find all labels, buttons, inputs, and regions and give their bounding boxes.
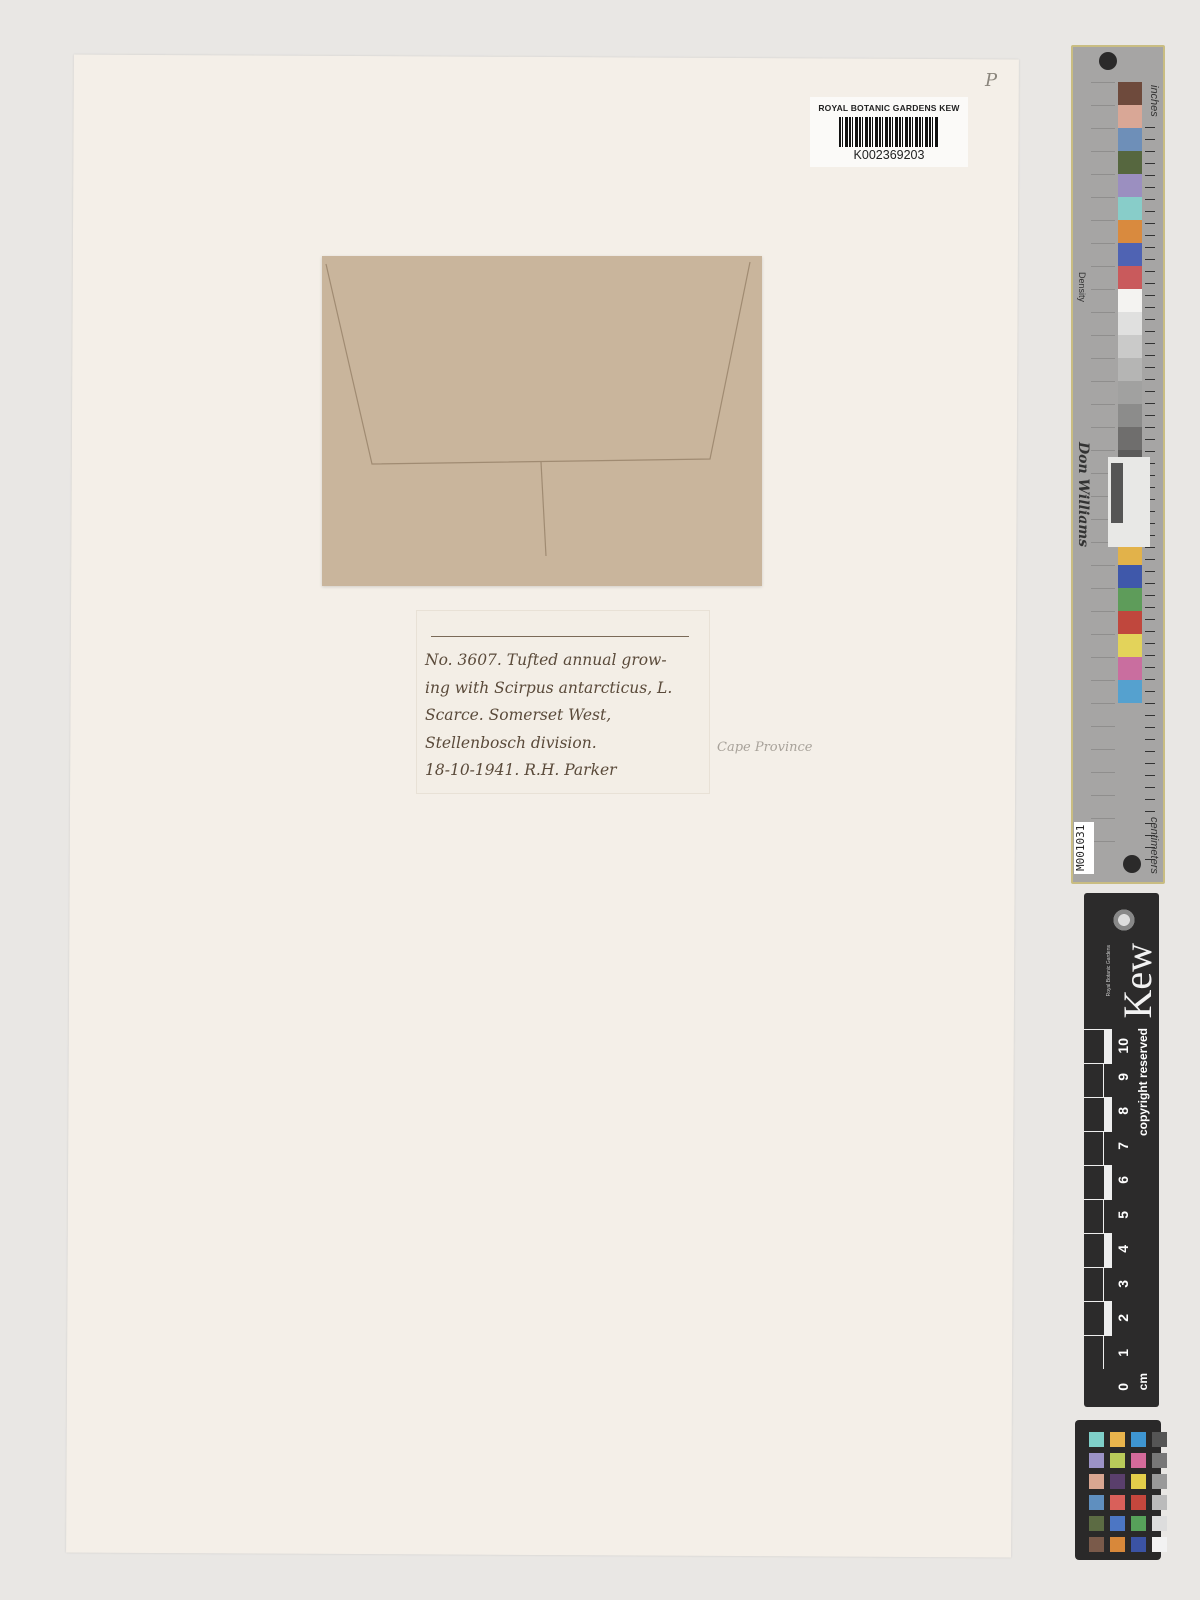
cm-number: 5 — [1115, 1211, 1131, 1219]
checker-swatch — [1089, 1474, 1104, 1489]
cm-number: 10 — [1115, 1038, 1131, 1054]
color-patch — [1118, 105, 1142, 128]
checker-swatch — [1131, 1432, 1146, 1447]
centimeters-label: centimeters — [1148, 817, 1160, 874]
checker-swatch — [1152, 1432, 1167, 1447]
checker-swatch — [1152, 1474, 1167, 1489]
color-patch — [1118, 634, 1142, 657]
color-patch — [1118, 289, 1142, 312]
kew-subtitle: Royal Botanic Gardens — [1106, 945, 1112, 996]
color-patch — [1118, 565, 1142, 588]
color-patch — [1118, 657, 1142, 680]
color-patch — [1118, 404, 1142, 427]
checker-swatch — [1152, 1495, 1167, 1510]
kew-wordmark: Kew — [1118, 943, 1158, 1019]
color-density-strip: inches Density Don Williams centimeters … — [1071, 45, 1165, 884]
envelope-flap-lines — [322, 256, 762, 586]
cm-number: 8 — [1115, 1107, 1131, 1115]
checker-swatch — [1131, 1474, 1146, 1489]
checker-swatch — [1110, 1516, 1125, 1531]
color-patch — [1118, 197, 1142, 220]
color-patch — [1118, 427, 1142, 450]
cm-scale — [1084, 1029, 1112, 1384]
cm-numbers: 012345678910 — [1115, 1023, 1135, 1393]
corner-mark: P — [985, 70, 997, 91]
cm-number: 3 — [1115, 1280, 1131, 1288]
color-patch — [1118, 82, 1142, 105]
color-patch — [1118, 220, 1142, 243]
cm-number: 1 — [1115, 1349, 1131, 1357]
barcode-label: ROYAL BOTANIC GARDENS KEW K002369203 — [810, 97, 968, 167]
label-rule — [431, 636, 689, 637]
strip-hole-icon — [1099, 52, 1117, 70]
checker-swatch — [1110, 1474, 1125, 1489]
checker-swatch — [1131, 1495, 1146, 1510]
institution-name: ROYAL BOTANIC GARDENS KEW — [810, 103, 968, 113]
cm-number: 2 — [1115, 1314, 1131, 1322]
kew-scale-bar: Royal Botanic Gardens Kew 012345678910 c… — [1084, 893, 1159, 1407]
cm-number: 6 — [1115, 1176, 1131, 1184]
collection-label: No. 3607. Tufted annual grow- ing with S… — [416, 610, 710, 794]
label-text: No. 3607. Tufted annual grow- ing with S… — [425, 647, 705, 785]
region-annotation: Cape Province — [717, 740, 812, 755]
color-patch — [1118, 151, 1142, 174]
checker-swatch — [1089, 1537, 1104, 1552]
color-patch — [1118, 266, 1142, 289]
checker-swatch — [1089, 1432, 1104, 1447]
checker-swatch — [1110, 1495, 1125, 1510]
cm-unit: cm — [1136, 1373, 1150, 1390]
color-patch — [1118, 358, 1142, 381]
color-patch — [1118, 588, 1142, 611]
color-patch — [1118, 381, 1142, 404]
copyright-text: copyright reserved — [1136, 1028, 1150, 1136]
checker-swatch — [1110, 1453, 1125, 1468]
color-patch — [1118, 174, 1142, 197]
checker-swatch — [1089, 1453, 1104, 1468]
fragment-envelope — [322, 256, 762, 586]
color-patches — [1118, 82, 1142, 703]
density-label: Density — [1077, 272, 1087, 302]
barcode-icon — [839, 117, 939, 147]
label-line: Scarce. Somerset West, — [425, 702, 705, 730]
checker-swatch — [1089, 1495, 1104, 1510]
strip-hole-icon — [1123, 855, 1141, 873]
color-checker — [1075, 1420, 1161, 1560]
cm-number: 9 — [1115, 1073, 1131, 1081]
brand-label: Don Williams — [1075, 442, 1091, 547]
label-line: 18-10-1941. R.H. Parker — [425, 757, 705, 785]
checker-swatch — [1152, 1453, 1167, 1468]
cm-number: 7 — [1115, 1142, 1131, 1150]
checker-swatch — [1131, 1516, 1146, 1531]
checker-swatch — [1131, 1453, 1146, 1468]
checker-swatch — [1110, 1432, 1125, 1447]
label-line: No. 3607. Tufted annual grow- — [425, 647, 705, 675]
color-patch — [1118, 335, 1142, 358]
inches-label: inches — [1148, 85, 1160, 117]
strip-id: M001031 — [1074, 822, 1094, 874]
color-patch — [1118, 243, 1142, 266]
gray-target — [1108, 457, 1150, 547]
color-patch — [1118, 680, 1142, 703]
barcode-number: K002369203 — [810, 148, 968, 162]
color-patch — [1118, 611, 1142, 634]
color-patch — [1118, 312, 1142, 335]
label-line: Stellenbosch division. — [425, 730, 705, 758]
label-line: ing with Scirpus antarcticus, L. — [425, 675, 705, 703]
cm-number: 0 — [1115, 1383, 1131, 1391]
checker-swatch — [1110, 1537, 1125, 1552]
checker-swatch — [1152, 1537, 1167, 1552]
cm-number: 4 — [1115, 1245, 1131, 1253]
color-patch — [1118, 128, 1142, 151]
checker-swatch — [1131, 1537, 1146, 1552]
checker-swatch — [1152, 1516, 1167, 1531]
kew-crest-icon — [1108, 903, 1140, 937]
checker-swatch — [1089, 1516, 1104, 1531]
